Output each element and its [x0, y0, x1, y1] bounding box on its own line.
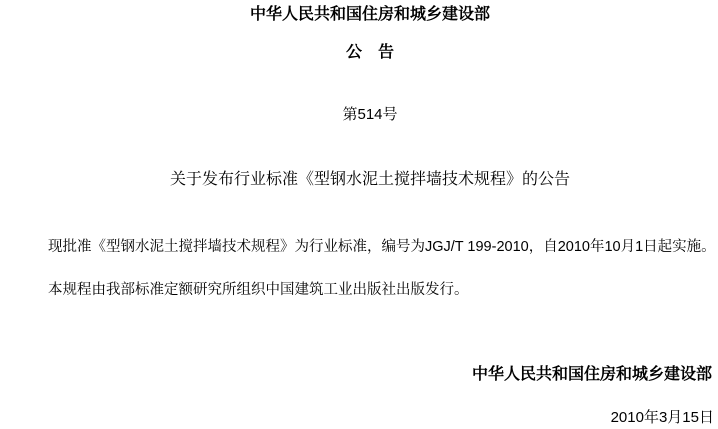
signature-date: 2010年3月15日	[48, 409, 714, 428]
body-paragraph-2: 本规程由我部标准定额研究所组织中国建筑工业出版社出版发行。	[48, 281, 692, 299]
headline: 关于发布行业标准《型钢水泥土搅拌墙技术规程》的公告	[48, 170, 692, 190]
ministry-title: 中华人民共和国住房和城乡建设部	[48, 5, 692, 25]
signature: 中华人民共和国住房和城乡建设部	[48, 365, 712, 385]
body-paragraph-1: 现批准《型钢水泥土搅拌墙技术规程》为行业标准，编号为JGJ/T 199-2010…	[48, 238, 692, 256]
announcement-document: 中华人民共和国住房和城乡建设部 公 告 第514号 关于发布行业标准《型钢水泥土…	[0, 0, 718, 429]
document-number: 第514号	[48, 106, 692, 125]
announcement-label: 公 告	[48, 43, 692, 63]
